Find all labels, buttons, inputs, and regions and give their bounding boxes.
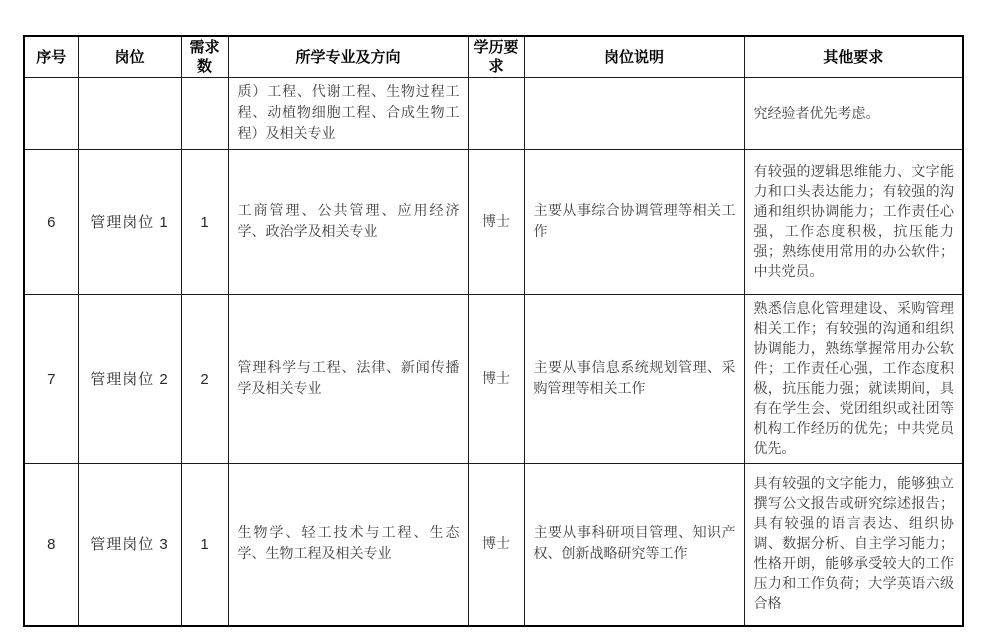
header-post: 岗位 (78, 36, 181, 78)
cell-other: 究经验者优先考虑。 (744, 78, 963, 150)
cell-post (78, 78, 181, 150)
cell-post: 管理岗位 1 (78, 150, 181, 295)
cell-duty: 主要从事综合协调管理等相关工作 (524, 150, 744, 295)
header-count: 需求数 (181, 36, 228, 78)
table-row-8: 8 管理岗位 3 1 生物学、轻工技术与工程、生态学、生物工程及相关专业 博士 … (24, 464, 963, 626)
cell-count: 1 (181, 464, 228, 626)
header-other: 其他要求 (744, 36, 963, 78)
table-row-7: 7 管理岗位 2 2 管理科学与工程、法律、新闻传播学及相关专业 博士 主要从事… (24, 295, 963, 464)
cell-major: 生物学、轻工技术与工程、生态学、生物工程及相关专业 (228, 464, 468, 626)
cell-degree: 博士 (468, 150, 524, 295)
cell-other: 具有较强的文字能力，能够独立撰写公文报告或研究综述报告；具有较强的语言表达、组织… (744, 464, 963, 626)
cell-duty: 主要从事信息系统规划管理、采购管理等相关工作 (524, 295, 744, 464)
header-degree: 学历要求 (468, 36, 524, 78)
cell-major: 管理科学与工程、法律、新闻传播学及相关专业 (228, 295, 468, 464)
cell-duty: 主要从事科研项目管理、知识产权、创新战略研究等工作 (524, 464, 744, 626)
header-row: 序号 岗位 需求数 所学专业及方向 学历要求 岗位说明 其他要求 (24, 36, 963, 78)
cell-other: 有较强的逻辑思维能力、文字能力和口头表达能力；有较强的沟通和组织协调能力；工作责… (744, 150, 963, 295)
cell-major: 质）工程、代谢工程、生物过程工程、动植物细胞工程、合成生物工程）及相关专业 (228, 78, 468, 150)
cell-major: 工商管理、公共管理、应用经济学、政治学及相关专业 (228, 150, 468, 295)
cell-seq: 8 (24, 464, 78, 626)
cell-post: 管理岗位 3 (78, 464, 181, 626)
header-seq: 序号 (24, 36, 78, 78)
cell-count: 1 (181, 150, 228, 295)
document-page: 序号 岗位 需求数 所学专业及方向 学历要求 岗位说明 其他要求 质）工程、代谢… (0, 0, 987, 643)
cell-count (181, 78, 228, 150)
cell-seq: 7 (24, 295, 78, 464)
cell-degree: 博士 (468, 464, 524, 626)
cell-post: 管理岗位 2 (78, 295, 181, 464)
header-duty: 岗位说明 (524, 36, 744, 78)
header-major: 所学专业及方向 (228, 36, 468, 78)
cell-degree (468, 78, 524, 150)
cell-count: 2 (181, 295, 228, 464)
cell-degree: 博士 (468, 295, 524, 464)
cell-duty (524, 78, 744, 150)
recruitment-positions-table: 序号 岗位 需求数 所学专业及方向 学历要求 岗位说明 其他要求 质）工程、代谢… (23, 35, 964, 627)
cell-seq: 6 (24, 150, 78, 295)
table-row-continuation: 质）工程、代谢工程、生物过程工程、动植物细胞工程、合成生物工程）及相关专业 究经… (24, 78, 963, 150)
cell-seq (24, 78, 78, 150)
table-row-6: 6 管理岗位 1 1 工商管理、公共管理、应用经济学、政治学及相关专业 博士 主… (24, 150, 963, 295)
cell-other: 熟悉信息化管理建设、采购管理相关工作；有较强的沟通和组织协调能力，熟练掌握常用办… (744, 295, 963, 464)
